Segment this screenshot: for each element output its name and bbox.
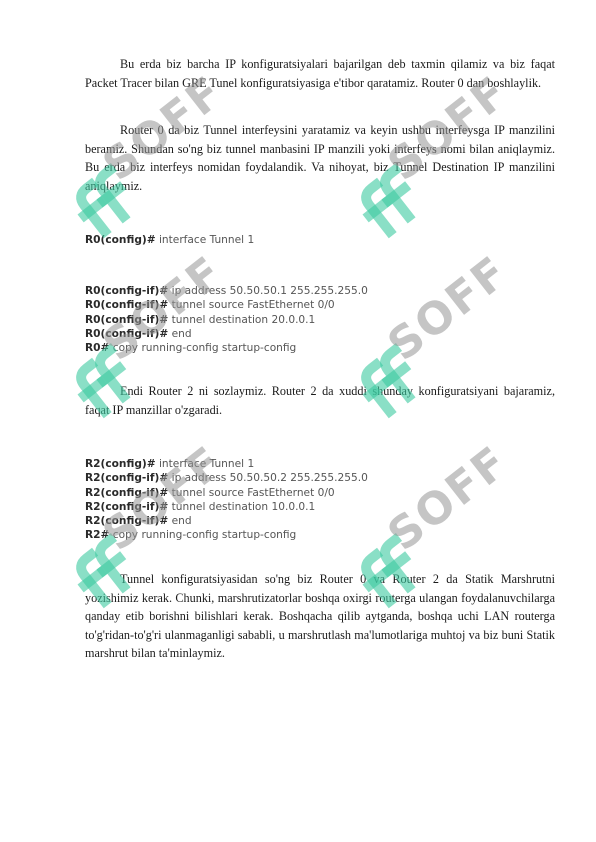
code-block-r0-interface: R0(config)# interface Tunnel 1 xyxy=(85,233,254,247)
watermark-text: SOFF xyxy=(379,436,519,561)
paragraph-text: Endi Router 2 ni sozlaymiz. Router 2 da … xyxy=(85,384,555,417)
paragraph-text: Bu erda biz barcha IP konfiguratsiyalari… xyxy=(85,57,555,90)
code-line: R2(config)# interface Tunnel 1 xyxy=(85,457,368,471)
cli-prompt: R0# xyxy=(85,342,109,354)
code-line: R2(config-if)# tunnel destination 10.0.0… xyxy=(85,500,368,514)
cli-command: tunnel source FastEthernet 0/0 xyxy=(168,487,334,499)
cli-prompt: R2(config-if)# xyxy=(85,487,168,499)
cli-command: ip address 50.50.50.1 255.255.255.0 xyxy=(168,285,368,297)
cli-prompt: R0(config-if)# xyxy=(85,314,168,326)
code-line: R0(config-if)# tunnel source FastEtherne… xyxy=(85,298,368,312)
code-line: R2(config-if)# end xyxy=(85,514,368,528)
cli-command: ip address 50.50.50.2 255.255.255.0 xyxy=(168,472,368,484)
cli-prompt: R2(config-if)# xyxy=(85,501,168,513)
cli-command: tunnel destination 20.0.0.1 xyxy=(168,314,315,326)
document-page: Bu erda biz barcha IP konfiguratsiyalari… xyxy=(0,0,596,842)
paragraph-static-route: Tunnel konfiguratsiyasidan so'ng biz Rou… xyxy=(85,570,555,663)
cli-command: interface Tunnel 1 xyxy=(156,234,255,246)
paragraph-intro: Bu erda biz barcha IP konfiguratsiyalari… xyxy=(85,55,555,92)
code-line: R2(config-if)# ip address 50.50.50.2 255… xyxy=(85,471,368,485)
code-line: R0(config-if)# ip address 50.50.50.1 255… xyxy=(85,284,368,298)
cli-prompt: R0(config-if)# xyxy=(85,285,168,297)
cli-prompt: R2(config-if)# xyxy=(85,515,168,527)
cli-command: interface Tunnel 1 xyxy=(156,458,255,470)
code-line: R0# copy running-config startup-config xyxy=(85,341,368,355)
cli-command: end xyxy=(168,515,191,527)
code-line: R2# copy running-config startup-config xyxy=(85,528,368,542)
cli-command: end xyxy=(168,328,191,340)
code-block-r2-config: R2(config)# interface Tunnel 1R2(config-… xyxy=(85,457,368,543)
code-line: R0(config-if)# tunnel destination 20.0.0… xyxy=(85,313,368,327)
cli-prompt: R0(config)# xyxy=(85,234,156,246)
code-block-r0-config: R0(config-if)# ip address 50.50.50.1 255… xyxy=(85,284,368,355)
cli-command: tunnel source FastEthernet 0/0 xyxy=(168,299,334,311)
paragraph-text: Router 0 da biz Tunnel interfeysini yara… xyxy=(85,123,555,193)
code-line: R0(config-if)# end xyxy=(85,327,368,341)
cli-prompt: R2# xyxy=(85,529,109,541)
paragraph-router0: Router 0 da biz Tunnel interfeysini yara… xyxy=(85,121,555,195)
cli-prompt: R2(config-if)# xyxy=(85,472,168,484)
cli-command: copy running-config startup-config xyxy=(109,342,296,354)
watermark-text: SOFF xyxy=(379,246,519,371)
cli-command: copy running-config startup-config xyxy=(109,529,296,541)
code-line: R2(config-if)# tunnel source FastEtherne… xyxy=(85,486,368,500)
cli-command: tunnel destination 10.0.0.1 xyxy=(168,501,315,513)
code-line: R0(config)# interface Tunnel 1 xyxy=(85,233,254,247)
paragraph-text: Tunnel konfiguratsiyasidan so'ng biz Rou… xyxy=(85,572,555,660)
cli-prompt: R0(config-if)# xyxy=(85,328,168,340)
paragraph-router2: Endi Router 2 ni sozlaymiz. Router 2 da … xyxy=(85,382,555,419)
cli-prompt: R2(config)# xyxy=(85,458,156,470)
cli-prompt: R0(config-if)# xyxy=(85,299,168,311)
